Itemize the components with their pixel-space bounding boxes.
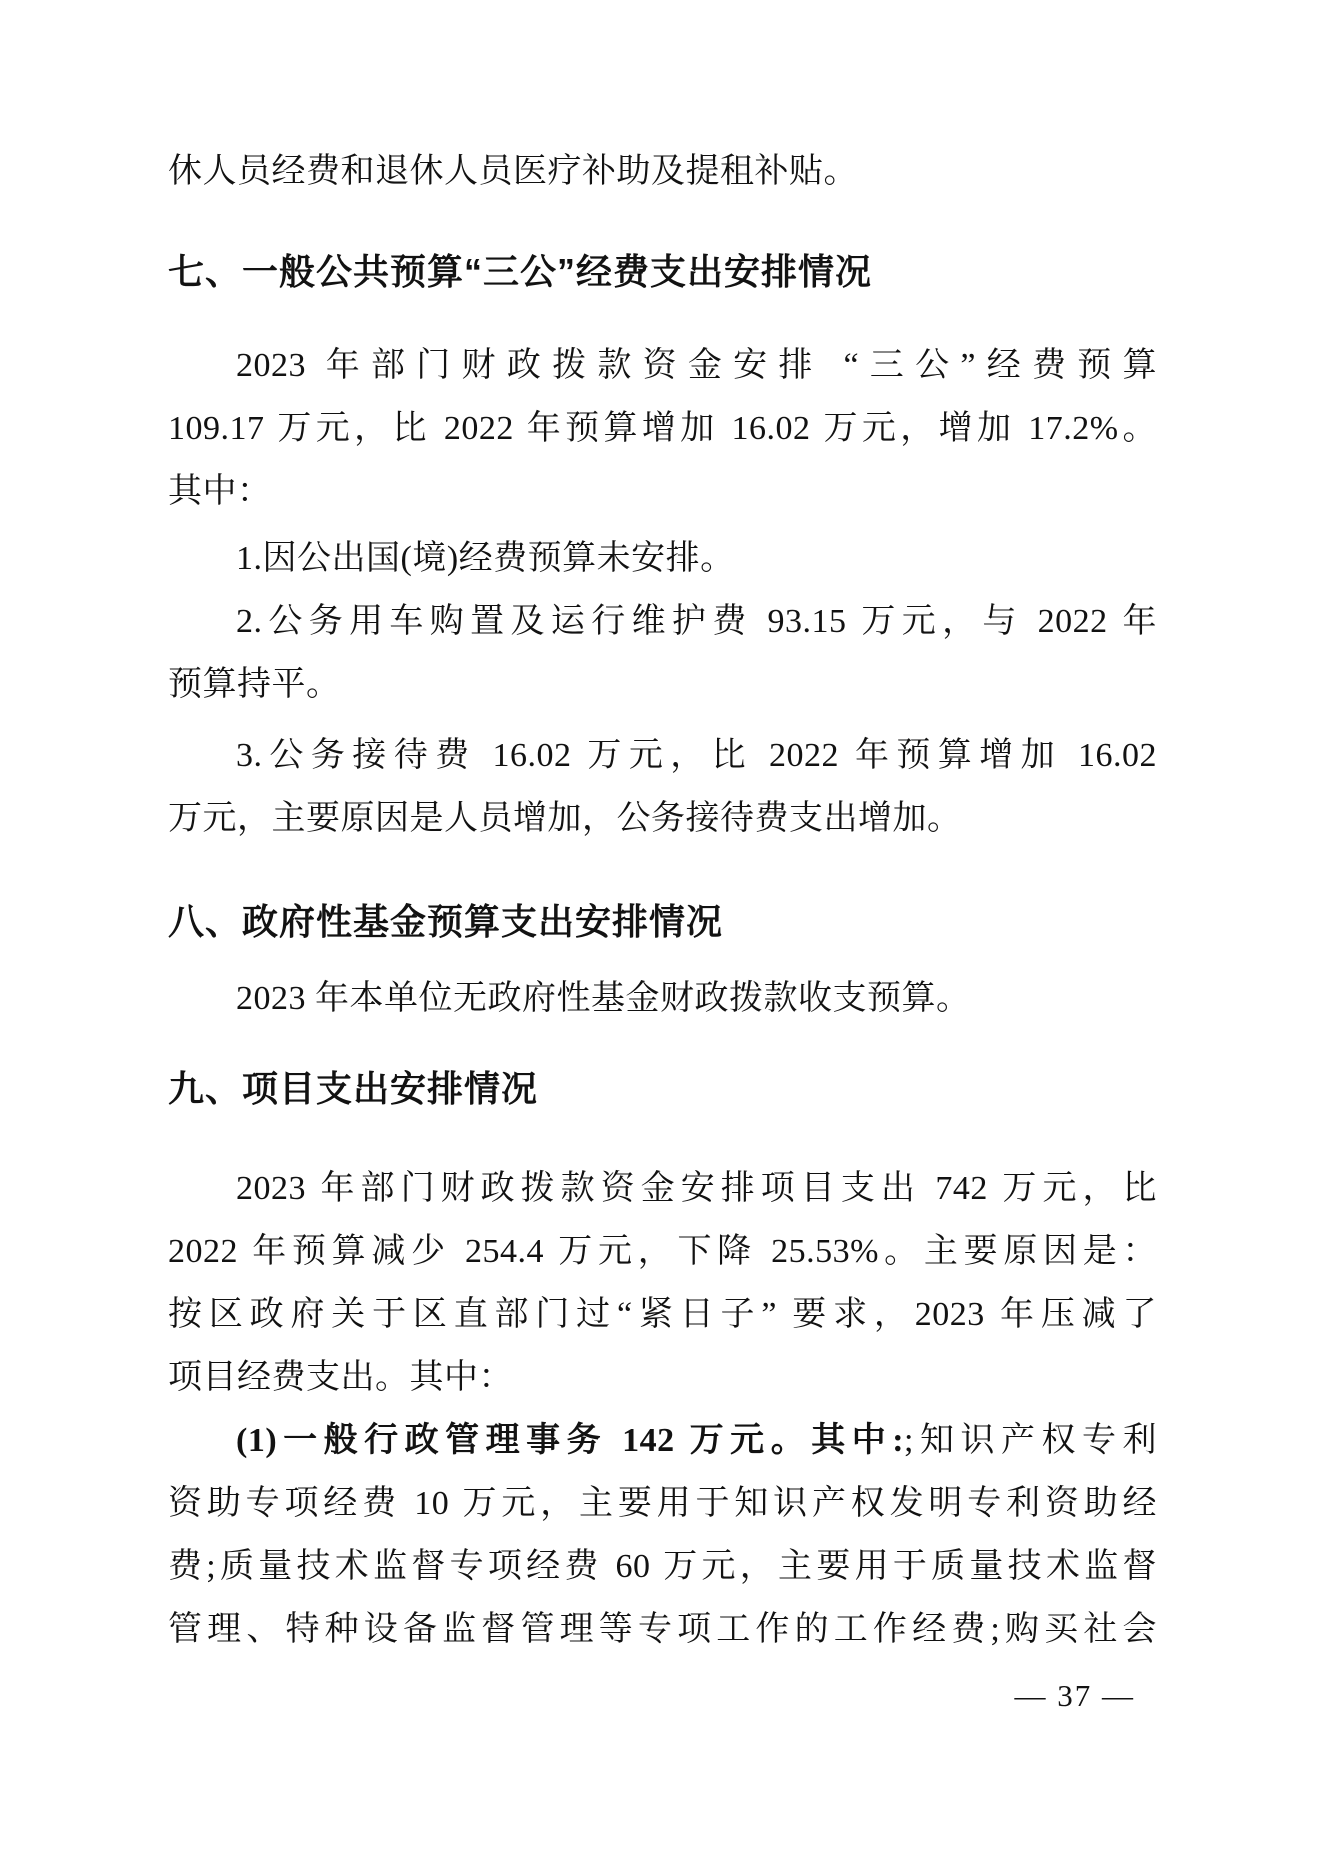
text-segment: ;知识产权专利 (904, 1422, 1157, 1459)
item-1-abroad-expense: 1.因公出国(境)经费预算未安排。 (168, 527, 1157, 590)
body-text-line: (1)一般行政管理事务 142 万元。其中:;知识产权专利 (168, 1409, 1157, 1472)
text-segment: 其中： (168, 473, 272, 510)
item-2-official-vehicle: 2.公务用车购置及运行维护费 93.15 万元，与 2022 年预算持平。 (168, 590, 1157, 716)
body-text-line: 109.17 万元，比 2022 年预算增加 16.02 万元，增加 17.2%… (168, 397, 1157, 460)
text-segment: 八、政府性基金预算支出安排情况 (168, 901, 723, 942)
text-segment: 3.公务接待费 16.02 万元，比 2022 年预算增加 16.02 (236, 737, 1157, 774)
section-heading-text: 九、项目支出安排情况 (168, 1057, 1157, 1120)
body-text-line: 按区政府关于区直部门过“紧日子” 要求，2023 年压减了 (168, 1283, 1157, 1346)
item-3-official-reception: 3.公务接待费 16.02 万元，比 2022 年预算增加 16.02万元，主要… (168, 724, 1157, 850)
text-segment: 按区政府关于区直部门过“紧日子” 要求，2023 年压减了 (168, 1296, 1157, 1333)
body-text-line: 其中： (168, 460, 1157, 523)
text-segment: 九、项目支出安排情况 (168, 1068, 538, 1109)
body-text-line: 项目经费支出。其中： (168, 1346, 1157, 1409)
section-heading-9: 九、项目支出安排情况 (168, 1057, 1157, 1120)
section-heading-text: 七、一般公共预算“三公”经费支出安排情况 (168, 240, 1157, 303)
paragraph-project-expense: 2023 年部门财政拨款资金安排项目支出 742 万元，比2022 年预算减少 … (168, 1157, 1157, 1409)
page-number-text: — 37 — (168, 1664, 1157, 1727)
text-segment: 2023 年本单位无政府性基金财政拨款收支预算。 (236, 980, 971, 1017)
text-segment: 休人员经费和退休人员医疗补助及提租补贴。 (168, 153, 858, 190)
text-segment: 七、一般公共预算“三公”经费支出安排情况 (168, 251, 872, 292)
text-segment: 项目经费支出。其中： (168, 1359, 513, 1396)
body-text-line: 2023 年本单位无政府性基金财政拨款收支预算。 (168, 967, 1157, 1030)
paragraph-continuation: 休人员经费和退休人员医疗补助及提租补贴。 (168, 140, 1157, 203)
document-content: 休人员经费和退休人员医疗补助及提租补贴。七、一般公共预算“三公”经费支出安排情况… (0, 0, 1323, 1727)
document-page: 休人员经费和退休人员医疗补助及提租补贴。七、一般公共预算“三公”经费支出安排情况… (0, 0, 1323, 1871)
text-segment: 2023 年部门财政拨款资金安排 “三公”经费预算 (236, 347, 1157, 384)
body-text-line: 万元，主要原因是人员增加，公务接待费支出增加。 (168, 787, 1157, 850)
body-text-line: 2.公务用车购置及运行维护费 93.15 万元，与 2022 年 (168, 590, 1157, 653)
bold-text-segment: (1)一般行政管理事务 142 万元。其中: (236, 1422, 904, 1459)
body-text-line: 预算持平。 (168, 653, 1157, 716)
body-text-line: 资助专项经费 10 万元，主要用于知识产权发明专利资助经 (168, 1472, 1157, 1535)
paragraph-government-fund: 2023 年本单位无政府性基金财政拨款收支预算。 (168, 967, 1157, 1030)
paragraph-general-admin: (1)一般行政管理事务 142 万元。其中:;知识产权专利资助专项经费 10 万… (168, 1409, 1157, 1661)
text-segment: 预算持平。 (168, 666, 341, 703)
text-segment: 2.公务用车购置及运行维护费 93.15 万元，与 2022 年 (236, 603, 1157, 640)
body-text-line: 2022 年预算减少 254.4 万元，下降 25.53%。主要原因是： (168, 1220, 1157, 1283)
body-text-line: 费;质量技术监督专项经费 60 万元，主要用于质量技术监督 (168, 1535, 1157, 1598)
body-text-line: 1.因公出国(境)经费预算未安排。 (168, 527, 1157, 590)
text-segment: 2022 年预算减少 254.4 万元，下降 25.53%。主要原因是： (168, 1233, 1157, 1270)
text-segment: 费;质量技术监督专项经费 60 万元，主要用于质量技术监督 (168, 1548, 1157, 1585)
body-text-line: 2023 年部门财政拨款资金安排项目支出 742 万元，比 (168, 1157, 1157, 1220)
body-text-line: 休人员经费和退休人员医疗补助及提租补贴。 (168, 140, 1157, 203)
paragraph-sangong-budget: 2023 年部门财政拨款资金安排 “三公”经费预算109.17 万元，比 202… (168, 334, 1157, 523)
section-heading-7: 七、一般公共预算“三公”经费支出安排情况 (168, 240, 1157, 303)
body-text-line: 3.公务接待费 16.02 万元，比 2022 年预算增加 16.02 (168, 724, 1157, 787)
text-segment: 资助专项经费 10 万元，主要用于知识产权发明专利资助经 (168, 1485, 1157, 1522)
text-segment: — 37 — (1015, 1678, 1136, 1713)
text-segment: 万元，主要原因是人员增加，公务接待费支出增加。 (168, 800, 962, 837)
text-segment: 2023 年部门财政拨款资金安排项目支出 742 万元，比 (236, 1170, 1157, 1207)
body-text-line: 2023 年部门财政拨款资金安排 “三公”经费预算 (168, 334, 1157, 397)
text-segment: 1.因公出国(境)经费预算未安排。 (236, 540, 735, 577)
section-heading-text: 八、政府性基金预算支出安排情况 (168, 890, 1157, 953)
page-number: — 37 — (168, 1664, 1157, 1727)
body-text-line: 管理、特种设备监督管理等专项工作的工作经费;购买社会 (168, 1598, 1157, 1661)
section-heading-8: 八、政府性基金预算支出安排情况 (168, 890, 1157, 953)
text-segment: 109.17 万元，比 2022 年预算增加 16.02 万元，增加 17.2%… (168, 410, 1157, 447)
text-segment: 管理、特种设备监督管理等专项工作的工作经费;购买社会 (168, 1611, 1157, 1648)
